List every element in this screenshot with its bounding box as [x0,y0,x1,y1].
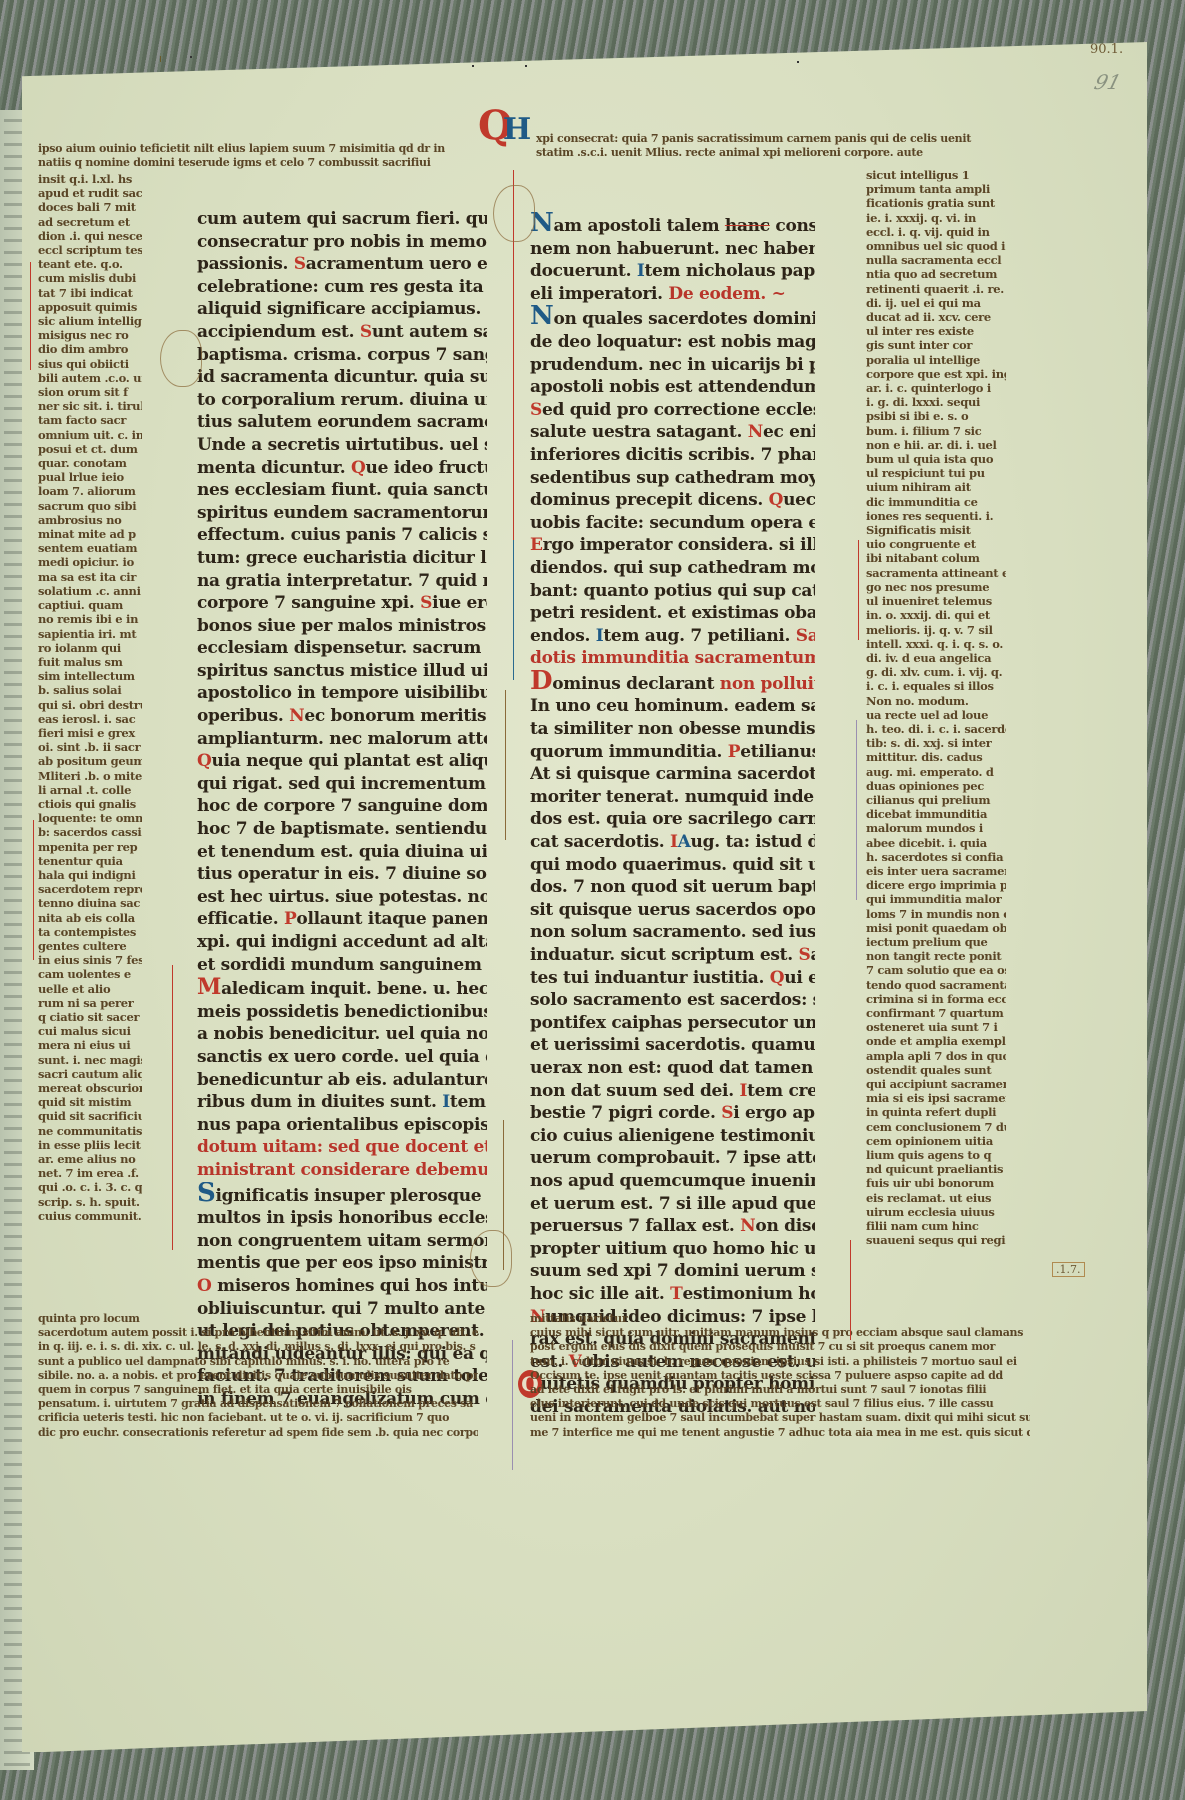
text-segment: et tenendum est. quia diuina uirtus secr… [197,842,487,862]
gloss-line: solatium .c. anni [38,584,142,598]
gloss-line: quid sit mistim [38,1095,142,1109]
decorated-initial-q: QH [478,102,531,149]
text-segment: nus papa orientalibus episcopis. [197,1115,487,1135]
gloss-line: mereat obscurior [38,1081,142,1095]
text-segment: eli imperatori. [530,284,668,304]
gloss-line: no remis ibi e in [38,612,142,626]
pen-flourish-violet [512,1340,513,1470]
text-line: sanctis ex uero corde. uel quia qui iniq… [197,1046,487,1069]
gloss-line: li arnal .t. colle [38,783,142,797]
gloss-line: misigus nec ro [38,328,142,342]
text-segment: apostolico in tempore uisibilibus appare… [197,683,487,703]
text-line: multos in ipsis honoribus ecclesiasticis… [197,1207,487,1230]
text-line: efficatie. Pollaunt itaque panem. i. cor… [197,908,487,931]
gloss-line: omnium uit. c. inter [38,428,142,442]
text-segment: tem cretenses male [747,1081,815,1101]
text-segment: nem non habuerunt. nec habendam [530,239,815,259]
text-segment: to corporalium rerum. diuina uirtus secr… [197,390,487,410]
gloss-line: di. ij. uel ei qui ma [866,296,1006,310]
gloss-line: teant ete. q.o. [38,257,142,271]
gloss-line: sim intellectum [38,669,142,683]
gloss-line: ar. i. c. quinterlogo i [866,381,1006,395]
text-segment: menta dicuntur. [197,458,351,478]
text-line: qui modo quaerimus. quid sit uerus sacer [530,854,815,877]
gloss-line: sacramenta attineant e [866,566,1006,580]
gloss-line: in eius sinis 7 festi [38,953,142,967]
text-segment: qui modo quaerimus. quid sit uerus sacer [530,855,815,875]
text-line: dos est. quia ore sacrilego carmen publi [530,808,815,831]
text-segment: ui enim [784,968,815,988]
gloss-line: retinenti quaerit .i. re. o. [866,282,1006,296]
gloss-line: scrip. s. h. spuit. [38,1195,142,1209]
text-line: hoc 7 de baptismate. sentiendum est. [197,818,487,841]
text-line: inferiores dicitis scribis. 7 phariseis [530,444,815,467]
text-line: dominus precepit dicens. Quecumque dixer… [530,489,815,512]
gloss-line: ie. i. xxxij. q. vi. in [866,211,1006,225]
gloss-line: psibi si ibi e. s. o [866,409,1006,423]
grotesque-face-drawing [470,1230,512,1287]
text-segment: et sordidi mundum sanguinem bibunt. tame… [197,955,487,975]
gloss-line: sacerdotem repre [38,882,142,896]
gloss-line: cui malus sicui [38,1024,142,1038]
text-line: induatur. sicut scriptum est. Sacerdo [530,944,815,967]
text-segment: cat sacerdotis. [530,832,670,852]
gloss-line: onde et amplia exemplo [866,1034,1006,1048]
gloss-line: b. salius solai [38,683,142,697]
gloss-line: uelle et alio [38,982,142,996]
gloss-line: cilianus qui prelium [866,793,1006,807]
text-segment: accipiendum est. [197,322,360,342]
text-segment: est hec uirtus. siue potestas. non human… [197,887,487,907]
text-segment: uerax non est: quod dat tamen uerum est.… [530,1058,815,1078]
gloss-line: nd quicunt praeliantis [866,1162,1006,1176]
gloss-line: fuit malus sm [38,655,142,669]
gloss-line: non tangit recte ponit [866,949,1006,963]
text-line: sedentibus sup cathedram moysi: de quibu… [530,467,815,490]
text-line: a nobis benedicitur. uel quia non benedi… [197,1023,487,1046]
gloss-line: eis inter uera sacramenta [866,864,1006,878]
text-line: In uno ceu hominum. eadem sacramen [530,695,815,718]
gloss-line: mera ni eius ui [38,1038,142,1052]
text-line: petri resident. et existimas obaudi [530,602,815,625]
gloss-line: mittitur. dis. cadus [866,750,1006,764]
text-line: passionis. Sacramentum uero est in aliqu… [197,253,487,276]
text-segment: id sacramenta dicuntur. quia sub tegumen… [197,367,487,387]
gloss-line: ul inueniret telemus [866,594,1006,608]
rubricated-capital: Q [769,489,784,512]
gloss-line: Significatis misit [866,523,1006,537]
text-segment: prudendum. nec in uicarijs bi petri [530,355,815,375]
gloss-line: pual lrlue ieio [38,470,142,484]
text-line: O miseros homines qui hos intuendo xpm [197,1275,487,1298]
gloss-line: b: sacerdos cassi [38,825,142,839]
gloss-line: non e hii. ar. di. i. uel [866,438,1006,452]
rubricated-capital: Q [197,750,212,773]
gloss-line: in esse pliis lecit [38,1138,142,1152]
text-segment: cum autem qui sacrum fieri. quia per mis… [197,209,487,229]
text-segment: meis possidetis benedictionibus. seu qui… [197,1002,487,1022]
gloss-line: i. c. i. equales si illos [866,679,1006,693]
pen-flourish-red [858,540,859,640]
text-segment: operibus. [197,706,289,726]
text-line: nus papa orientalibus episcopis. Non sac… [197,1114,487,1137]
gloss-line: me 7 interfice me qui me tenent angustie… [530,1426,1030,1440]
text-line: tes tui induantur iustitia. Qui enim [530,967,815,990]
text-line: apostolico in tempore uisibilibus appare… [197,682,487,705]
gloss-line: quinta pro locum [38,1312,478,1326]
text-line: sit quisque uerus sacerdos oportet ut [530,899,815,922]
text-line: hoc sic ille ait. Testimonium hoc uerum … [530,1283,815,1306]
gloss-line: ta contempistes [38,925,142,939]
text-line: Significatis insuper plerosque attendere [197,1182,487,1208]
text-line: consecratur pro nobis in memoriam domini… [197,231,487,254]
text-line: non congruentem uitam sermonibus 7 sacra [197,1230,487,1253]
text-segment: tem aug. 7 petiliani. [603,626,795,646]
gloss-line: ambrosius no [38,513,142,527]
gloss-line: in q. iij. e. i. s. di. xix. c. ul. le. … [38,1340,478,1354]
gloss-line: misi ponit quaedam ob [866,921,1006,935]
text-segment: spiritus eundem sacramentorum latenter o… [197,503,487,523]
text-segment: petri resident. et existimas obaudi [530,603,815,623]
text-segment: endos. [530,626,596,646]
gloss-line: qui si. obri destru [38,698,142,712]
text-segment: quorum immunditia. [530,742,728,762]
text-segment: moriter tenerat. numquid inde sacer [530,787,815,807]
text-segment: tius operatur in eis. 7 diuine solum [197,864,487,884]
gloss-line: poralia ul intellige [866,353,1006,367]
text-line: bonos siue per malos ministros intra [197,615,487,638]
text-line: peruersus 7 fallax est. Non discernimus [530,1215,815,1238]
gloss-line: statim .s.c.i. uenit Mlius. recte animal… [536,146,991,160]
gloss-line: nita ab eis colla [38,911,142,925]
text-segment: inferiores dicitis scribis. 7 phariseis [530,445,815,465]
text-segment: amplianturm. nec malorum attenuantur. [197,729,487,749]
gloss-line: qui accipiunt sacramenta [866,1077,1006,1091]
right-gloss-column: sicut intelligus 1primum tanta amplifica… [866,168,1006,1247]
text-line: cum autem qui sacrum fieri. quia per mis… [197,208,487,231]
text-segment: bestie 7 pigri corde. [530,1103,721,1123]
gloss-line: melioris. ij. q. v. 7 sil [866,623,1006,637]
text-line: benedicuntur ab eis. adulanturque peccat… [197,1069,487,1092]
text-line: et sordidi mundum sanguinem bibunt. tame… [197,954,487,977]
left-gloss-column: insit q.i. l.xl. hsapud et rudit sacdoce… [38,172,142,1223]
gloss-line: abee dicebit. i. quia [866,836,1006,850]
gloss-line: primum tanta ampli [866,182,1006,196]
gloss-line: doces bali 7 mit [38,200,142,214]
text-segment: non solum sacramento. sed iustitia quoqu… [530,922,815,942]
text-line: non solum sacramento. sed iustitia quoqu… [530,921,815,944]
gloss-line: ampla apli 7 dos in quod [866,1049,1006,1063]
text-segment: sit quisque uerus sacerdos oportet ut [530,900,815,920]
text-segment: hoc 7 de baptismate. sentiendum est. [197,819,487,839]
main-text-column-left: cum autem qui sacrum fieri. quia per mis… [197,208,487,1410]
text-line: effectum. cuius panis 7 calicis sacram [197,524,487,547]
text-segment: tius salutem eorundem sacramentorum oper… [197,412,487,432]
gloss-line: ad lete dixit ei fugit pro ls. et plurim… [530,1383,1030,1397]
text-line: dotum uitam: sed que docent et [197,1136,487,1159]
folio-number-ink: 90.1. [1090,42,1123,57]
gloss-line: eccl. i. q. vij. quid in [866,225,1006,239]
gloss-line: loquente: te omni [38,811,142,825]
gloss-line: apud et rudit sac [38,186,142,200]
gloss-line: dicere ergo imprimia pro [866,878,1006,892]
gloss-line: ab positum geum [38,754,142,768]
text-segment: diendos. qui sup cathedram moysi sede [530,558,815,578]
gloss-line: loms 7 in mundis non obe [866,907,1006,921]
gloss-line: tam facto sacr [38,413,142,427]
gloss-line: ibi nitabant colum [866,551,1006,565]
text-segment: dos est. quia ore sacrilego carmen publi [530,809,815,829]
text-line: moriter tenerat. numquid inde sacer [530,786,815,809]
gloss-line: minat mite ad p [38,527,142,541]
gloss-line: Occisum te. ipse uenit quantam tacitis u… [530,1369,1030,1383]
pricking-mark [525,65,527,67]
text-segment: uecumque dixerit [783,490,815,510]
gloss-line: duas opiniones pec [866,779,1006,793]
text-segment: dominus precepit dicens. [530,490,769,510]
gloss-line: medi opiciur. io [38,555,142,569]
rubricated-capital: N [289,705,304,728]
text-line: et tenendum est. quia diuina uirtus secr… [197,841,487,864]
text-line: accipiendum est. Sunt autem sacramenta: [197,321,487,344]
gloss-line: 7 cam solutio que ea os [866,963,1006,977]
text-segment: ue ideo fructuose pe [366,458,487,478]
text-segment: baptisma. crisma. corpus 7 sanguis. que … [197,345,487,365]
gloss-line: mpenita per rep [38,840,142,854]
text-segment: nos apud quemcumque inuenimus quod xpi e… [530,1171,815,1191]
text-line: aliquid significare accipiamus. quod san… [197,298,487,321]
gloss-line: quid sit sacrificium [38,1109,142,1123]
rubricated-capital: E [530,534,543,557]
text-segment: peruersus 7 fallax est. [530,1216,740,1236]
decorated-initial: D [530,670,552,693]
gloss-line: ficationis gratia sunt [866,196,1006,210]
gloss-line: i. g. di. lxxxi. sequi [866,395,1006,409]
rubricated-capital: S [721,1102,733,1125]
text-segment: benedicuntur ab eis. adulanturque peccat… [197,1070,487,1090]
gloss-line: bum. i. filium 7 sic [866,424,1006,438]
gloss-line: dion .i. qui nescerat [38,229,142,243]
text-segment: rgo imperator considera. si illos dixit … [543,535,815,555]
gloss-line: sunt a publico uel dampnato sibi capitul… [38,1355,478,1369]
gloss-line: malorum mundos i [866,821,1006,835]
text-line: prudendum. nec in uicarijs bi petri [530,354,815,377]
gloss-line: go nec nos presume [866,580,1006,594]
gloss-line: hala qui indigni [38,868,142,882]
gloss-line: gentes cultere [38,939,142,953]
text-segment: acerdo [810,945,815,965]
gloss-line: sic alium intellig [38,314,142,328]
text-line: ta similiter non obesse mundis ali [530,718,815,741]
gloss-line: cum mislis dubi [38,271,142,285]
gloss-line: tendo quod sacramenta si nga [866,978,1006,992]
text-segment: estimonium hoc uerum est. [683,1284,816,1304]
gloss-line: captiui. quam [38,598,142,612]
text-line: hoc de corpore 7 sanguine domini nostri … [197,795,487,818]
text-line: ribus dum in diuites sunt. Item fabia [197,1091,487,1114]
text-segment: tem nicholaus papa. micha [644,261,815,281]
text-line: Non quales sacerdotes domini. sed quid [530,305,815,331]
rubricated-capital: S [294,253,306,276]
decorated-initial: N [530,305,553,328]
gloss-line: quar. conotam [38,456,142,470]
text-line: Nam apostoli talem hanc consuetudi [530,212,815,238]
rubric-text: De eodem. ~ [668,284,785,304]
pen-flourish-red [850,1240,851,1340]
text-segment: iue ergo per [432,593,487,613]
text-line: mentis que per eos ipso ministrantur. [197,1252,487,1275]
gloss-line: dic pro euchr. consecrationis referetur … [38,1426,478,1440]
gloss-line: ostendit quales sunt [866,1063,1006,1077]
gloss-line: xpi consecrat: quia 7 panis sacratissimu… [536,132,991,146]
gloss-line: fuis uir ubi bonorum [866,1176,1006,1190]
text-line: tum: grece eucharistia dicitur latine bo [197,547,487,570]
gloss-line: filii nam cum hinc [866,1219,1006,1233]
text-line: pontifex caiphas persecutor unius [530,1012,815,1035]
text-line: tius salutem eorundem sacramentorum oper… [197,411,487,434]
gloss-line: uium nihiram ait [866,480,1006,494]
text-segment: passionis. [197,254,294,274]
text-segment: a nobis benedicitur. uel quia non benedi… [197,1024,487,1044]
rubricated-capital: Q [351,457,366,480]
gloss-line: bum ul quia ista quo [866,452,1006,466]
gloss-line: h. teo. di. i. c. i. sacerdo [866,722,1006,736]
text-segment: uia neque qui plantat est aliquid: neque [212,751,487,771]
gloss-line: uio congruente et [866,537,1006,551]
text-segment: de deo loquatur: est nobis magnopere [530,332,815,352]
text-line: na gratia interpretatur. 7 quid melius [197,570,487,593]
gloss-line: tat 7 ibi indicat [38,286,142,300]
gloss-line: ul respiciunt tui pu [866,466,1006,480]
text-segment: mentis que per eos ipso ministrantur. [197,1253,487,1273]
gloss-line: confirmant 7 quartum [866,1006,1006,1020]
gloss-line: dicebat immunditia [866,807,1006,821]
text-line: Maledicam inquit. bene. u. hec hiis qui … [197,976,487,1001]
text-segment: At si quisque carmina sacerdotis me [530,764,815,784]
rubric-text: Sacer [796,626,815,646]
bottom-gloss-left: quinta pro locumsacerdotum autem possit … [38,1312,478,1440]
gloss-line: rum ni sa perer [38,996,142,1010]
gloss-line: sicut intelligus 1 [866,168,1006,182]
gloss-line: sacerdotum autem possit i. si pro bibent… [38,1326,478,1340]
rubricated-capital: S [420,592,432,615]
gloss-line: tum. i. cultor uiuus si. b. regum quonia… [530,1355,1030,1369]
text-segment: dos. 7 non quod sit uerum bapt. [530,877,815,897]
rubricated-capital: I [670,831,678,854]
blue-initial: A [678,831,691,854]
gloss-line: quem in corpus 7 sanguinem fiet. et ita … [38,1383,478,1397]
text-segment: docuerunt. [530,261,637,281]
text-segment: corpore 7 sanguine xpi. [197,593,420,613]
text-line: to corporalium rerum. diuina uirtus secr… [197,389,487,412]
text-segment: uerum comprobauit. 7 ipse attestatus est… [530,1148,815,1168]
rubricated-capital: S [798,944,810,967]
gloss-line: ul inter res existe [866,324,1006,338]
text-segment: tes tui induantur iustitia. [530,968,770,988]
text-line: uerum comprobauit. 7 ipse attestatus est… [530,1147,815,1170]
pen-flourish-brown [505,690,506,840]
pen-flourish-red [172,965,173,1250]
text-line: corpore 7 sanguine xpi. Siue ergo per [197,592,487,615]
gloss-line: sacrum quo sibi [38,499,142,513]
gloss-line: fieri misi e grex [38,726,142,740]
text-line: ministrant considerare debemus. [197,1159,487,1182]
text-segment: celebratione: cum res gesta ita fiat. ut [197,277,487,297]
pricking-mark [797,61,799,63]
gloss-line: ua recte uel ad loue [866,708,1006,722]
text-segment: miseros homines qui hos intuendo xpm [212,1276,487,1296]
text-line: nos apud quemcumque inuenimus quod xpi e… [530,1170,815,1193]
text-segment: consuetudi [770,216,815,236]
gloss-line: uirum ecclesia uiuus [866,1205,1006,1219]
text-segment: pontifex caiphas persecutor unius [530,1013,815,1033]
text-segment: ribus dum in diuites sunt. [197,1092,442,1112]
gloss-line: ntia quo ad secretum [866,267,1006,281]
text-segment: i ergo apostolus nes [733,1103,815,1123]
gloss-line: crificia ueteris testi. hic non facieban… [38,1411,478,1425]
text-segment: ed quid pro correctione ecclesiarum. qui… [542,400,815,420]
text-segment: In uno ceu hominum. eadem sacramen [530,696,815,716]
text-segment: ominus declarant [552,674,720,694]
text-segment: on quales sacerdotes domini. sed quid [553,309,815,329]
text-line: Ergo imperator considera. si illos dixit… [530,534,815,557]
gloss-line: posui et ct. dum [38,442,142,456]
rubricated-capital: P [284,908,296,931]
gloss-line: aug. mi. emperato. d [866,765,1006,779]
text-line: nes ecclesiam fiunt. quia sanctus in ea … [197,479,487,502]
text-segment: unt autem sacramenta: [372,322,487,342]
gloss-line: Non no. modum. [866,694,1006,708]
text-line: suum sed xpi 7 domini uerum sacramentum … [530,1260,815,1283]
text-segment: aledicam inquit. bene. u. hec hiis qui n… [221,979,487,999]
text-line: non dat suum sed dei. Item cretenses mal… [530,1080,815,1103]
gloss-line: intell. xxxi. q. i. q. s. o. [866,637,1006,651]
gloss-line: g. di. xlv. cum. i. vij. q. [866,665,1006,679]
gloss-line: iones res sequenti. i. [866,509,1006,523]
gloss-line: omnibus uel sic quod i [866,239,1006,253]
text-segment: bant: quanto potius qui sup cathedram [530,581,815,601]
gloss-line: tib: s. di. xxj. si inter [866,736,1006,750]
rubricated-capital: I [739,1080,747,1103]
text-line: uobis facite: secundum opera eorum nolit… [530,512,815,535]
text-segment: salute uestra satagant. [530,422,748,442]
pen-flourish-red [33,820,34,960]
gloss-line: osteneret uia sunt 7 i [866,1020,1006,1034]
rubric-text: non polluit. [720,674,815,694]
gloss-line: ro iolanm qui [38,641,142,655]
gloss-line: suaueni sequs qui regi [866,1233,1006,1247]
gloss-line: Mliteri .b. o mitel [38,769,142,783]
main-text-column-right: Nam apostoli talem hanc consuetudinem no… [530,212,815,1418]
gloss-line: cem conclusionem 7 dupli [866,1120,1006,1134]
gloss-line: tenno diuina sac [38,896,142,910]
text-line: et uerum est. 7 si ille apud quem inueni… [530,1193,815,1216]
text-line: cio cuius alienigene testimonium com [530,1125,815,1148]
text-line: dos. 7 non quod sit uerum bapt. Ut enim [530,876,815,899]
gloss-line: lium quis agens to q [866,1148,1006,1162]
gloss-line: crimina si in forma ecce [866,992,1006,1006]
text-line: salute uestra satagant. Nec enim illos [530,421,815,444]
text-line: menta dicuntur. Que ideo fructuose pe [197,457,487,480]
grotesque-face-drawing [493,185,535,242]
gloss-line: net. 7 im erea .f. e. [38,1166,142,1180]
gloss-line: eccl scriptum tes [38,243,142,257]
text-segment: ollaunt itaque panem. i. corpus [296,909,487,929]
pen-flourish-blue [513,540,514,680]
gloss-line: sibile. no. a. a nobis. et pro erent dic… [38,1369,478,1383]
text-segment: cio cuius alienigene testimonium com [530,1126,815,1146]
text-line: baptisma. crisma. corpus 7 sanguis. que … [197,344,487,367]
